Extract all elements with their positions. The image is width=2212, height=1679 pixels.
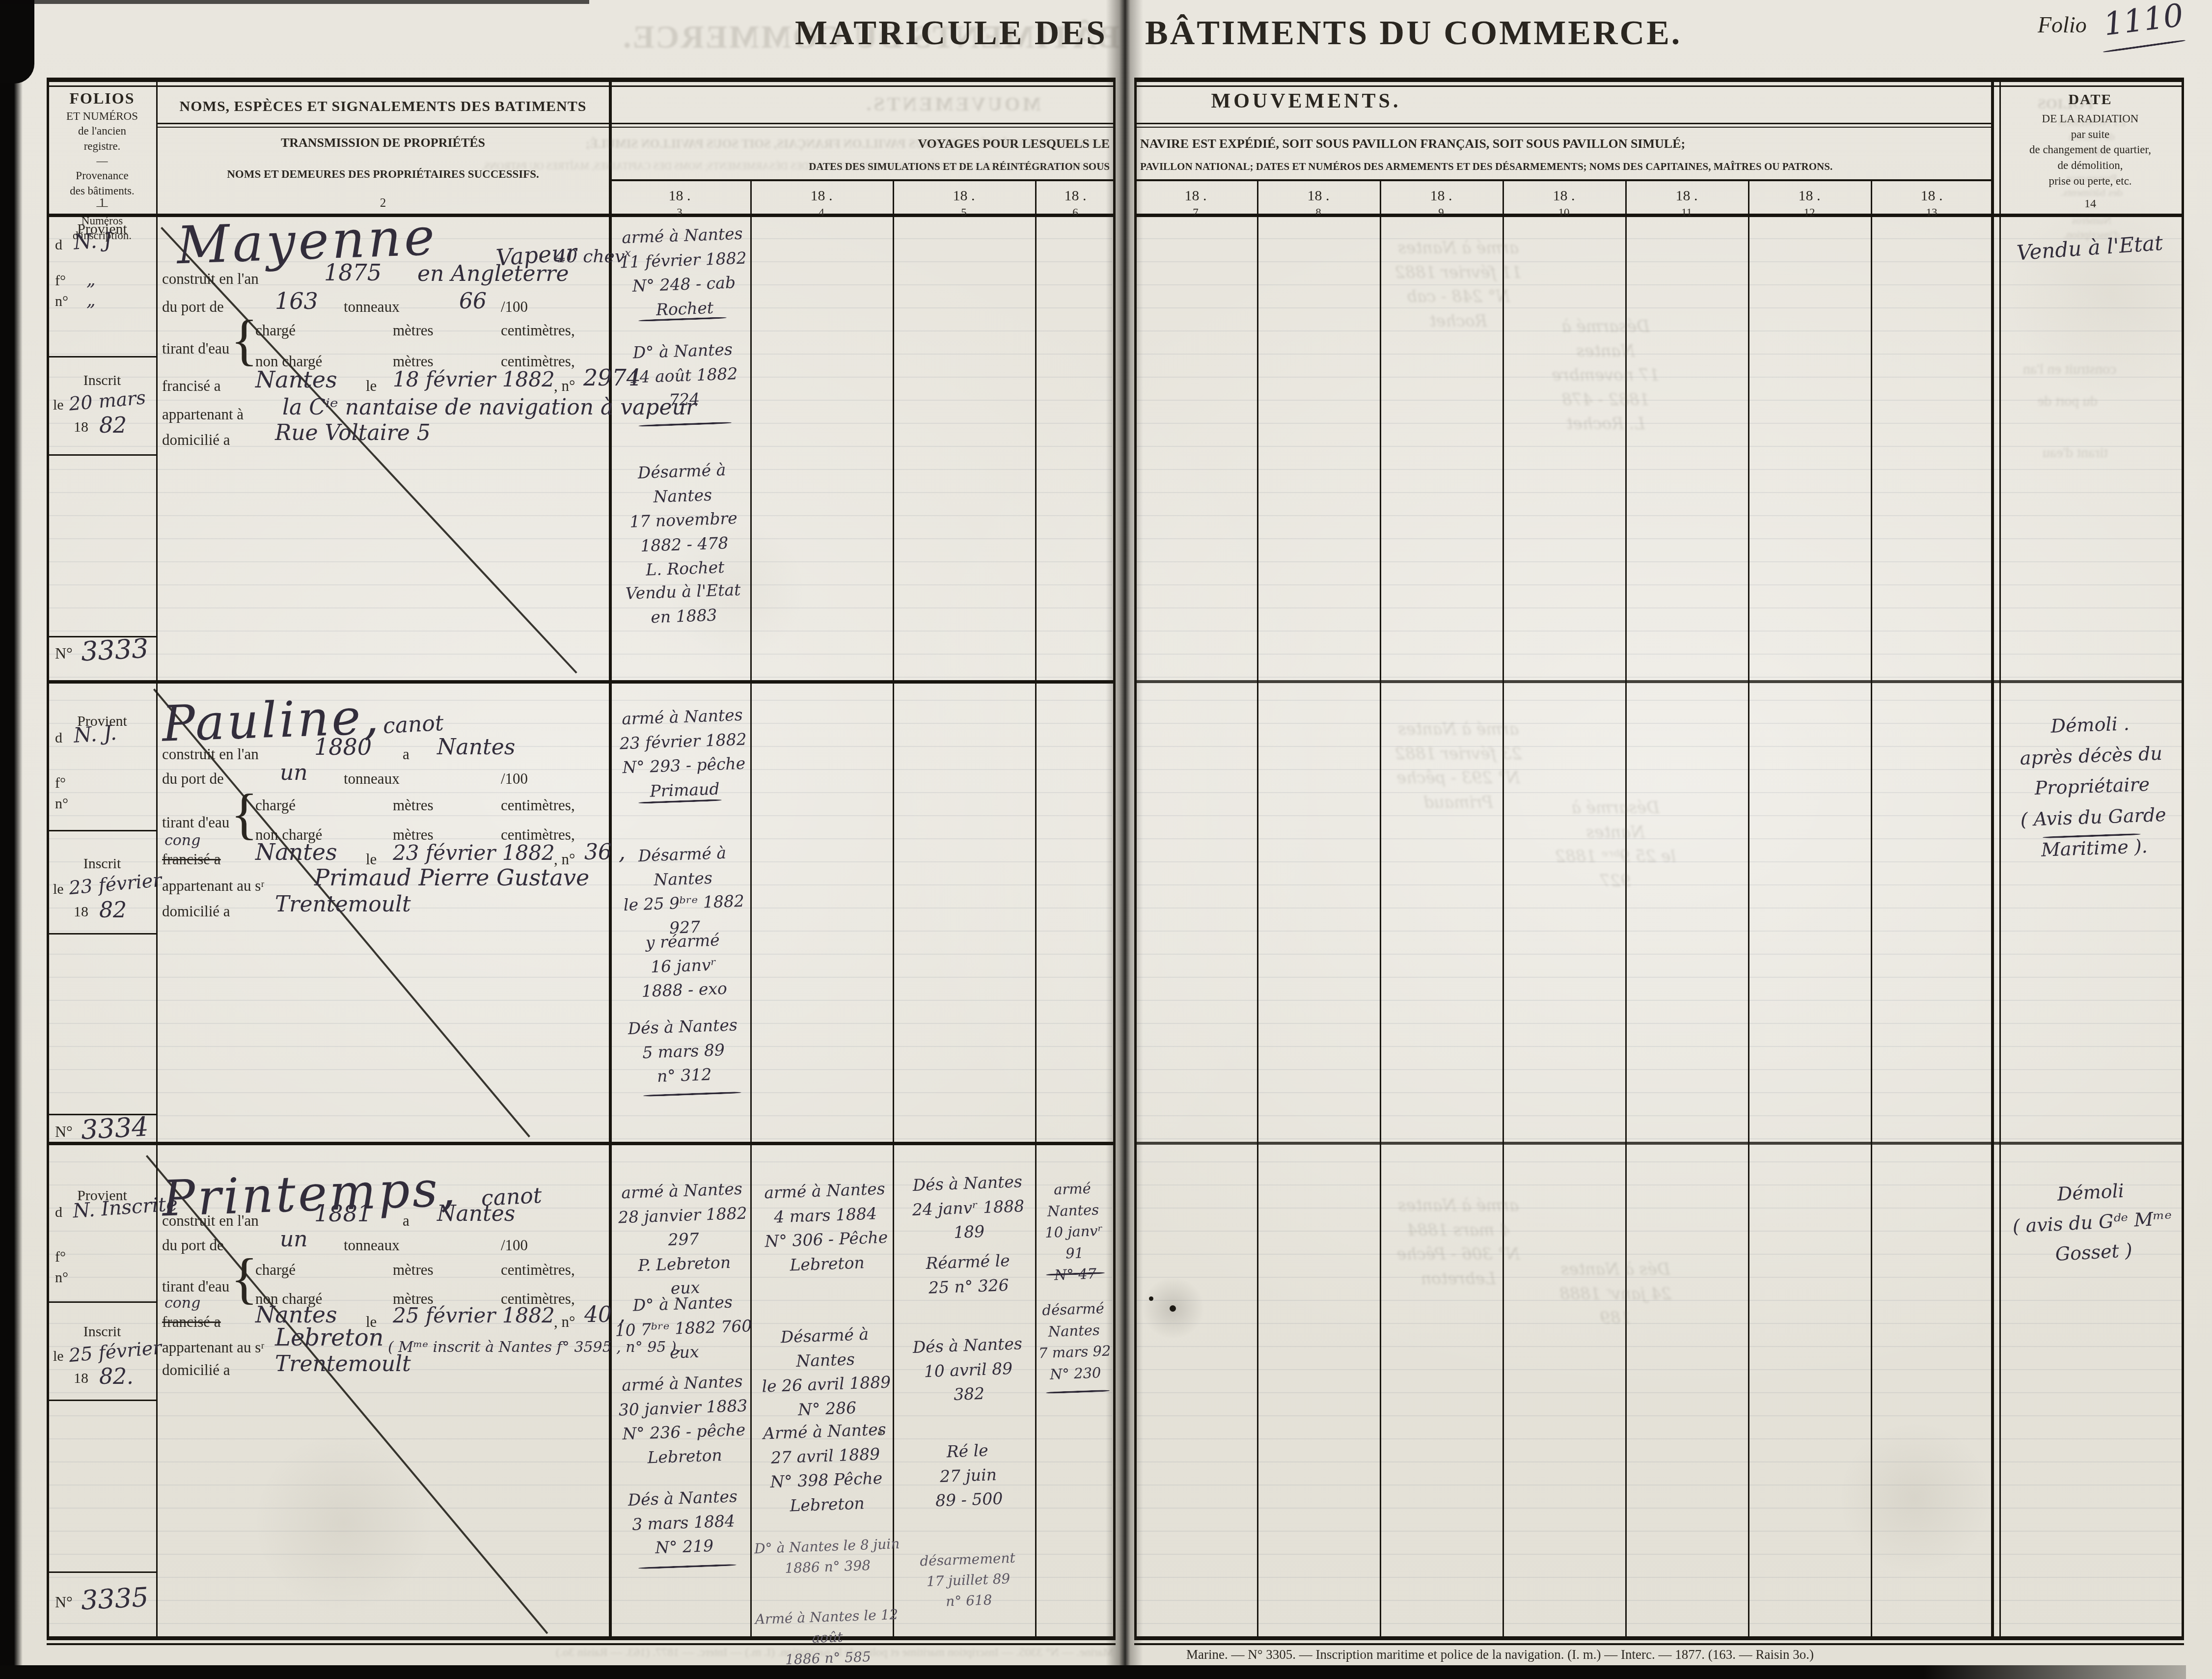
domicile-value: Rue Voltaire 5 <box>275 420 431 445</box>
rule-line <box>157 127 1116 128</box>
ink-blot <box>1170 1305 1176 1312</box>
domicile-label: domicilié a <box>162 1361 230 1379</box>
movement-note: Armé à Nantes le 12 août 1886 n° 585 <box>753 1604 902 1671</box>
rule-line <box>1134 1636 2184 1640</box>
col-number: 10 <box>1534 206 1593 219</box>
rule-line <box>1134 78 2184 82</box>
cancellation-stroke <box>161 227 577 674</box>
built-place: en Angleterre <box>417 261 569 286</box>
built-label: construit en l'an <box>162 270 259 288</box>
conge-annotation: cong <box>164 832 200 849</box>
ship-name: Mayenne <box>176 207 438 275</box>
domicile-value: Trentemoult <box>275 1351 411 1376</box>
movement-note: Armé à Nantes 27 avril 1889 N° 398 Pêche… <box>756 1417 897 1519</box>
col-number: 3 <box>650 206 709 219</box>
year-cell: 18 . <box>1657 188 1716 204</box>
per100-label: /100 <box>501 770 528 788</box>
draft-label: tirant d'eau <box>162 814 229 831</box>
mouvements-title: MOUVEMENTS. <box>1139 89 1473 113</box>
centimetres-label: centimètres, <box>501 1261 575 1279</box>
port-label: du port de <box>162 1237 224 1254</box>
per100-label: /100 <box>501 1237 528 1254</box>
rule-line <box>1135 179 1991 181</box>
metres-label: mètres <box>393 797 434 814</box>
year18-label: 18 <box>74 419 88 436</box>
tonneaux-label: tonneaux <box>344 1237 400 1254</box>
rule-line <box>49 356 156 358</box>
footer-imprint: Marine. — N° 3305. — Inscription maritim… <box>1095 1647 1905 1662</box>
bleed-through-text: du port de <box>2038 393 2098 410</box>
built-label: construit en l'an <box>162 1212 259 1230</box>
port-label: du port de <box>162 298 224 316</box>
d-label: d <box>55 1204 62 1221</box>
bleed-mouvements-title: MOUVEMENTS. <box>766 92 1041 115</box>
tonneaux-label: tonneaux <box>344 298 400 316</box>
conge-annotation: cong <box>164 1294 200 1312</box>
rule-line <box>1134 1142 2184 1145</box>
domicile-label: domicilié a <box>162 431 230 449</box>
rule-line <box>1134 680 2184 683</box>
rule-line <box>156 78 158 1636</box>
movement-note: armé à Nantes 23 février 1882 N° 293 - p… <box>613 702 754 804</box>
col-number: 4 <box>792 206 851 219</box>
tonnage: un <box>280 760 308 785</box>
rule-line <box>1135 123 1991 124</box>
flourish <box>638 422 732 427</box>
movement-note: armé Nantes 10 janvʳ 91 N° 47 <box>1035 1177 1112 1287</box>
scan-edge-top <box>0 0 589 4</box>
le-label: le <box>53 1348 64 1365</box>
inscrit-label: Inscrit <box>49 372 155 389</box>
mouvements-header-right-2: PAVILLON NATIONAL; DATES ET NUMÉROS DES … <box>1140 161 1832 173</box>
rule-line <box>1135 127 1991 128</box>
movement-note: armé à Nantes 4 mars 1884 N° 306 - Pêche… <box>756 1176 897 1278</box>
movement-note: désarmement 17 juillet 89 n° 618 <box>899 1547 1038 1614</box>
built-year: 1875 <box>324 259 382 286</box>
col-number: 6 <box>1046 206 1105 219</box>
francise-place: Nantes <box>255 366 337 393</box>
movement-note: D° à Nantes le 8 juin 1886 n° 398 <box>753 1534 902 1580</box>
metres-label: mètres <box>393 322 434 339</box>
col-number: 12 <box>1780 206 1839 219</box>
year-cell: 18 . <box>1046 188 1105 204</box>
movement-note: D° à Nantes 10 7ᵇʳᵉ 1882 760 eux <box>613 1289 753 1367</box>
bleed-footer: Marine. — N° 3305. — Inscription maritim… <box>466 1646 1203 1659</box>
owner-value: Primaud Pierre Gustave <box>314 864 589 891</box>
ship-type: canot <box>382 711 444 739</box>
radiation-note: Démoli ( avis du Gᵈᵉ Mᵐᵉ Gosset ) <box>1994 1173 2190 1272</box>
movement-note: Dés à Nantes 10 avril 89 382 <box>898 1331 1038 1408</box>
num-ref-label: n° <box>55 1269 68 1286</box>
num-ref-label: n° <box>55 796 68 812</box>
d-label: d <box>55 237 62 253</box>
movement-note: Désarmé à Nantes 17 novembre 1882 - 478 … <box>613 457 754 583</box>
built-year: 1880 <box>314 734 372 760</box>
col-number: 9 <box>1412 206 1471 219</box>
year-cell: 18 . <box>1902 188 1961 204</box>
rule-line <box>47 1643 1116 1645</box>
movement-note: armé à Nantes 30 janvier 1883 N° 236 - p… <box>613 1369 754 1471</box>
francise-label: francisé a <box>162 377 221 395</box>
rule-line <box>1991 78 1994 1636</box>
inscrit-year: 82. <box>99 1364 134 1389</box>
ink-blot <box>878 1431 882 1435</box>
flourish <box>1046 1390 1110 1394</box>
year-cell: 18 . <box>650 188 709 204</box>
movement-note: désarmé Nantes 7 mars 92 N° 230 <box>1034 1297 1115 1385</box>
provenance-value: N. J. <box>73 720 117 747</box>
movement-note: Ré le 27 juin 89 - 500 <box>898 1436 1038 1514</box>
comma-no-label: , n° <box>554 1313 575 1331</box>
inscrit-year: 82 <box>99 898 127 923</box>
feint-ruling-left <box>49 216 1112 1634</box>
inscrit-label: Inscrit <box>49 1323 155 1340</box>
rule-line <box>157 123 1116 124</box>
col-number: 13 <box>1902 206 1961 219</box>
bleed-through-text: Dés à Nantes 24 janvʳ 1888 189 <box>1542 1257 1689 1330</box>
le-label: le <box>366 377 377 395</box>
bleed-through-text: construit en l'an <box>2023 361 2116 378</box>
movement-note: Dés à Nantes 3 mars 1884 N° 219 <box>613 1484 753 1561</box>
col-number: 5 <box>934 206 993 219</box>
rule-line <box>1257 179 1258 1636</box>
page-fold <box>1106 0 1143 1679</box>
registration-number: 3335 <box>80 1581 149 1616</box>
bleed-through-text: tirant d'eau <box>2043 444 2108 461</box>
year18-label: 18 <box>74 1370 88 1387</box>
rule-line <box>49 1301 156 1303</box>
rule-line <box>1380 179 1381 1636</box>
num-ref-value: „ <box>86 290 96 310</box>
bleed-through-text: armé à Nantes 4 mars 1884 N° 306 - Pêche… <box>1385 1193 1532 1291</box>
rule-line <box>609 179 1116 181</box>
francise-place: Nantes <box>255 839 337 865</box>
francise-date: 23 février 1882 <box>393 841 555 865</box>
movement-note: Dés à Nantes 24 janvʳ 1888 189 <box>898 1169 1038 1246</box>
inscrit-date: 23 février <box>68 869 163 899</box>
rule-line <box>47 1636 1116 1640</box>
loaded-label: chargé <box>255 1261 296 1279</box>
tonnage: 163 <box>275 288 318 314</box>
col-number: 11 <box>1657 206 1716 219</box>
numero-label: N° <box>55 1123 73 1141</box>
scan-edge-bottom <box>0 1665 2186 1679</box>
francise-label: francisé a <box>162 1313 221 1331</box>
scan-edge-corner <box>0 0 34 83</box>
year-cell: 18 . <box>1412 188 1471 204</box>
inscrit-year: 82 <box>99 413 127 438</box>
rule-line <box>47 680 1116 684</box>
folio-label: Folio <box>2038 12 2087 38</box>
rule-line <box>1134 1643 2184 1645</box>
registration-number: 3334 <box>80 1111 149 1145</box>
loaded-label: chargé <box>255 322 296 339</box>
folio-ref-value: „ <box>86 270 96 290</box>
registration-number: 3333 <box>80 633 149 667</box>
bleed-through-text: armé à Nantes 23 février 1882 N° 293 - p… <box>1385 717 1532 814</box>
year-cell: 18 . <box>1289 188 1348 204</box>
owner-label: appartenant à <box>162 406 244 423</box>
draft-label: tirant d'eau <box>162 340 229 358</box>
tonnage-cent: 66 <box>459 289 487 314</box>
inscrit-date: 25 février <box>68 1337 163 1366</box>
bleed-through-text: FOLIOS <box>2038 96 2093 112</box>
rule-line <box>49 454 156 456</box>
ink-blot <box>1149 1296 1153 1301</box>
domicile-value: Trentemoult <box>275 892 411 917</box>
owner-value: Lebreton <box>275 1324 383 1351</box>
per100-label: /100 <box>501 298 528 316</box>
built-place: Nantes <box>437 1201 515 1226</box>
provenance-value: N. J <box>73 227 112 254</box>
loaded-label: chargé <box>255 797 296 814</box>
rule-line <box>49 933 156 935</box>
page-title-left: MATRICULE DES <box>737 14 1107 53</box>
page-title-right: BÂTIMENTS DU COMMERCE. <box>1145 14 1682 53</box>
rule-line <box>1748 179 1749 1636</box>
num-ref-label: n° <box>55 293 68 310</box>
tonnage: un <box>280 1227 308 1252</box>
domicile-label: domicilié a <box>162 903 230 920</box>
bleed-through-text: Désarmé à Nantes le 25 9ᵇʳᵉ 1882 927 <box>1542 796 1689 893</box>
folio-ref-label: f° <box>55 775 66 792</box>
mouvements-header-right-1: NAVIRE EST EXPÉDIÉ, SOIT SOUS PAVILLON F… <box>1140 137 1685 151</box>
le-label: le <box>53 881 64 898</box>
movement-note: Réarmé le 25 n° 326 <box>899 1247 1038 1301</box>
inscrit-date: 20 mars <box>68 386 146 414</box>
movement-note: armé à Nantes 28 janvier 1882 297 P. Leb… <box>613 1176 754 1302</box>
movement-note: D° à Nantes 14 août 1882 724 <box>613 336 753 414</box>
rule-line <box>49 1571 156 1573</box>
rule-line <box>1134 85 2184 87</box>
bleed-through-text: armé à Nantes 11 février 1882 N° 248 - c… <box>1385 236 1532 333</box>
bleed-through-text: ET NUMÉROS de l'ancien registre. — Prove… <box>2023 115 2160 242</box>
numero-label: N° <box>55 644 73 662</box>
movement-note: Désarmé à Nantes le 25 9ᵇʳᵉ 1882 927 <box>613 840 754 942</box>
le-label: le <box>53 397 64 413</box>
a-label: a <box>403 1212 410 1230</box>
year-cell: 18 . <box>1534 188 1593 204</box>
francise-date: 25 février 1882 <box>393 1303 555 1327</box>
year-cell: 18 . <box>1780 188 1839 204</box>
metres-label: mètres <box>393 1261 434 1279</box>
year-cell: 18 . <box>934 188 993 204</box>
inscrit-label: Inscrit <box>49 855 155 872</box>
brace: { <box>231 782 258 847</box>
movement-note: Vendu à l'Etat en 1883 <box>614 577 753 631</box>
numero-label: N° <box>55 1593 73 1611</box>
bleed-through-text: PAVILLON NATIONAL; DATES ET NUMÉROS DES … <box>624 161 1110 172</box>
d-label: d <box>55 730 62 746</box>
bleed-through-text: Désarmé à Nantes 17 novembre 1882 - 478 … <box>1532 314 1679 436</box>
rule-line <box>1035 179 1037 1636</box>
rule-line <box>1871 179 1872 1636</box>
register-page: BÂTIMENTS DU COMMERCE. MATRICULE DES BÂT… <box>0 0 2212 1679</box>
brace: { <box>231 308 258 373</box>
year18-label: 18 <box>74 904 88 920</box>
rule-line <box>47 1142 1116 1145</box>
movement-note: Dés à Nantes 5 mars 89 n° 312 <box>613 1012 753 1090</box>
brace: { <box>231 1246 258 1311</box>
tonneaux-label: tonneaux <box>344 770 400 788</box>
col-number: 7 <box>1166 206 1225 219</box>
flourish <box>643 1092 741 1097</box>
francise-date: 18 février 1882 <box>393 367 555 391</box>
radiation-note: Démoli . après décès du Propriétaire ( A… <box>1994 706 2191 867</box>
rule-line <box>47 85 1116 87</box>
col-number: 8 <box>1289 206 1348 219</box>
movement-note: Désarmé à Nantes le 26 avril 1889 N° 286 <box>756 1321 897 1423</box>
rule-line <box>47 78 1116 82</box>
built-place: Nantes <box>437 735 515 760</box>
rule-line <box>1502 179 1504 1636</box>
francise-label: francisé a <box>162 851 221 868</box>
flourish <box>638 1564 737 1569</box>
col1-header-title: FOLIOS <box>49 89 155 108</box>
centimetres-label: centimètres, <box>501 322 575 339</box>
draft-label: tirant d'eau <box>162 1278 229 1295</box>
comma-no-label: , n° <box>554 377 575 395</box>
owner-label: appartenant au sʳ <box>162 1339 264 1356</box>
folio-ref-label: f° <box>55 1249 66 1266</box>
year-cell: 18 . <box>792 188 851 204</box>
built-label: construit en l'an <box>162 745 259 763</box>
rule-line <box>49 830 156 831</box>
movement-note: armé à Nantes 11 février 1882 N° 248 - c… <box>613 221 754 323</box>
col1-number: 1 <box>49 196 155 210</box>
folio-number: 1110 <box>2102 0 2185 43</box>
folio-ref-label: f° <box>55 273 66 289</box>
col2-header-sub1: TRANSMISSION DE PROPRIÉTÉS <box>162 136 604 150</box>
centimetres-label: centimètres, <box>501 797 575 814</box>
a-label: a <box>403 745 410 763</box>
bleed-through-text: NAVIRE EST EXPÉDIÉ, SOIT SOUS PAVILLON F… <box>624 138 1110 151</box>
scan-edge-left <box>0 0 23 1679</box>
year-cell: 18 . <box>1166 188 1225 204</box>
built-year: 1881 <box>314 1200 372 1227</box>
col2-header-title: NOMS, ESPÈCES ET SIGNALEMENTS DES BATIME… <box>162 98 604 115</box>
owner-label: appartenant au sʳ <box>162 877 264 895</box>
port-label: du port de <box>162 770 224 788</box>
rule-line <box>49 1400 156 1401</box>
movement-note: y réarmé 16 janvʳ 1888 - exo <box>613 927 753 1004</box>
